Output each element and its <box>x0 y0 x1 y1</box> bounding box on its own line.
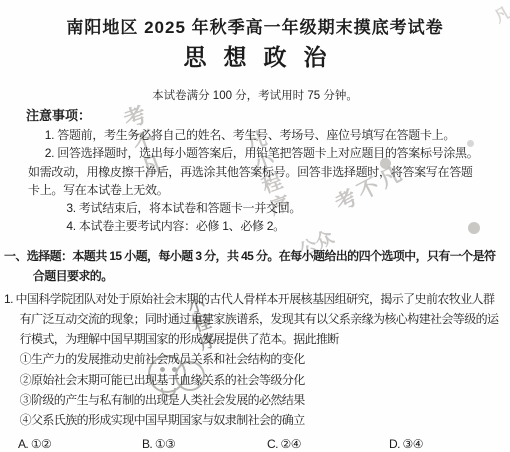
question-1-options-row: A. ①② B. ①③ C. ②④ D. ③④ <box>4 434 504 452</box>
exam-info-line: 本试卷满分 100 分，考试用时 75 分钟。 <box>0 87 510 103</box>
option-d: D. ③④ <box>389 434 423 452</box>
option-b: B. ①③ <box>142 434 175 452</box>
notice-item-3: 3. 考试结束后，将本试卷和答题卡一并交回。 <box>28 199 480 217</box>
notice-item-4: 4. 本试卷主要考试内容：必修 1、必修 2。 <box>28 217 480 235</box>
option-c: C. ②④ <box>267 434 301 452</box>
notice-item-1: 1. 答题前，考生务必将自己的姓名、考生号、考场号、座位号填写在答题卡上。 <box>28 126 480 144</box>
question-area: 一、选择题：本题共 15 小题，每小题 3 分，共 45 分。在每小题给出的四个… <box>4 246 504 452</box>
question-1-stem: 1. 中国科学院团队对处于原始社会末期的古代人骨样本开展核基因组研究，揭示了史前… <box>4 289 504 350</box>
notice-item-2: 2. 回答选择题时，选出每小题答案后，用铅笔把答题卡上对应题目的答案标号涂黑。如… <box>28 144 480 199</box>
notice-list: 1. 答题前，考生务必将自己的姓名、考生号、考场号、座位号填写在答题卡上。 2.… <box>28 126 480 236</box>
question-1-statement-4: ④父系氏族的形成实现中国早期国家与奴隶制社会的确立 <box>20 410 504 430</box>
exam-title: 南阳地区 2025 年秋季高一年级期末摸底考试卷 <box>0 13 510 38</box>
option-a: A. ①② <box>18 434 51 452</box>
question-1-statement-2: ②原始社会末期可能已出现基于血缘关系的社会等级分化 <box>20 370 504 390</box>
section-heading: 一、选择题：本题共 15 小题，每小题 3 分，共 45 分。在每小题给出的四个… <box>4 246 504 287</box>
notice-heading: 注意事项： <box>26 105 91 124</box>
exam-subject: 思想政治 <box>0 39 510 72</box>
question-1-statement-3: ③阶级的产生与私有制的出现是人类社会发展的必然结果 <box>20 390 504 410</box>
question-1-statement-1: ①生产力的发展推动史前社会成员关系和社会结构的变化 <box>20 349 504 369</box>
